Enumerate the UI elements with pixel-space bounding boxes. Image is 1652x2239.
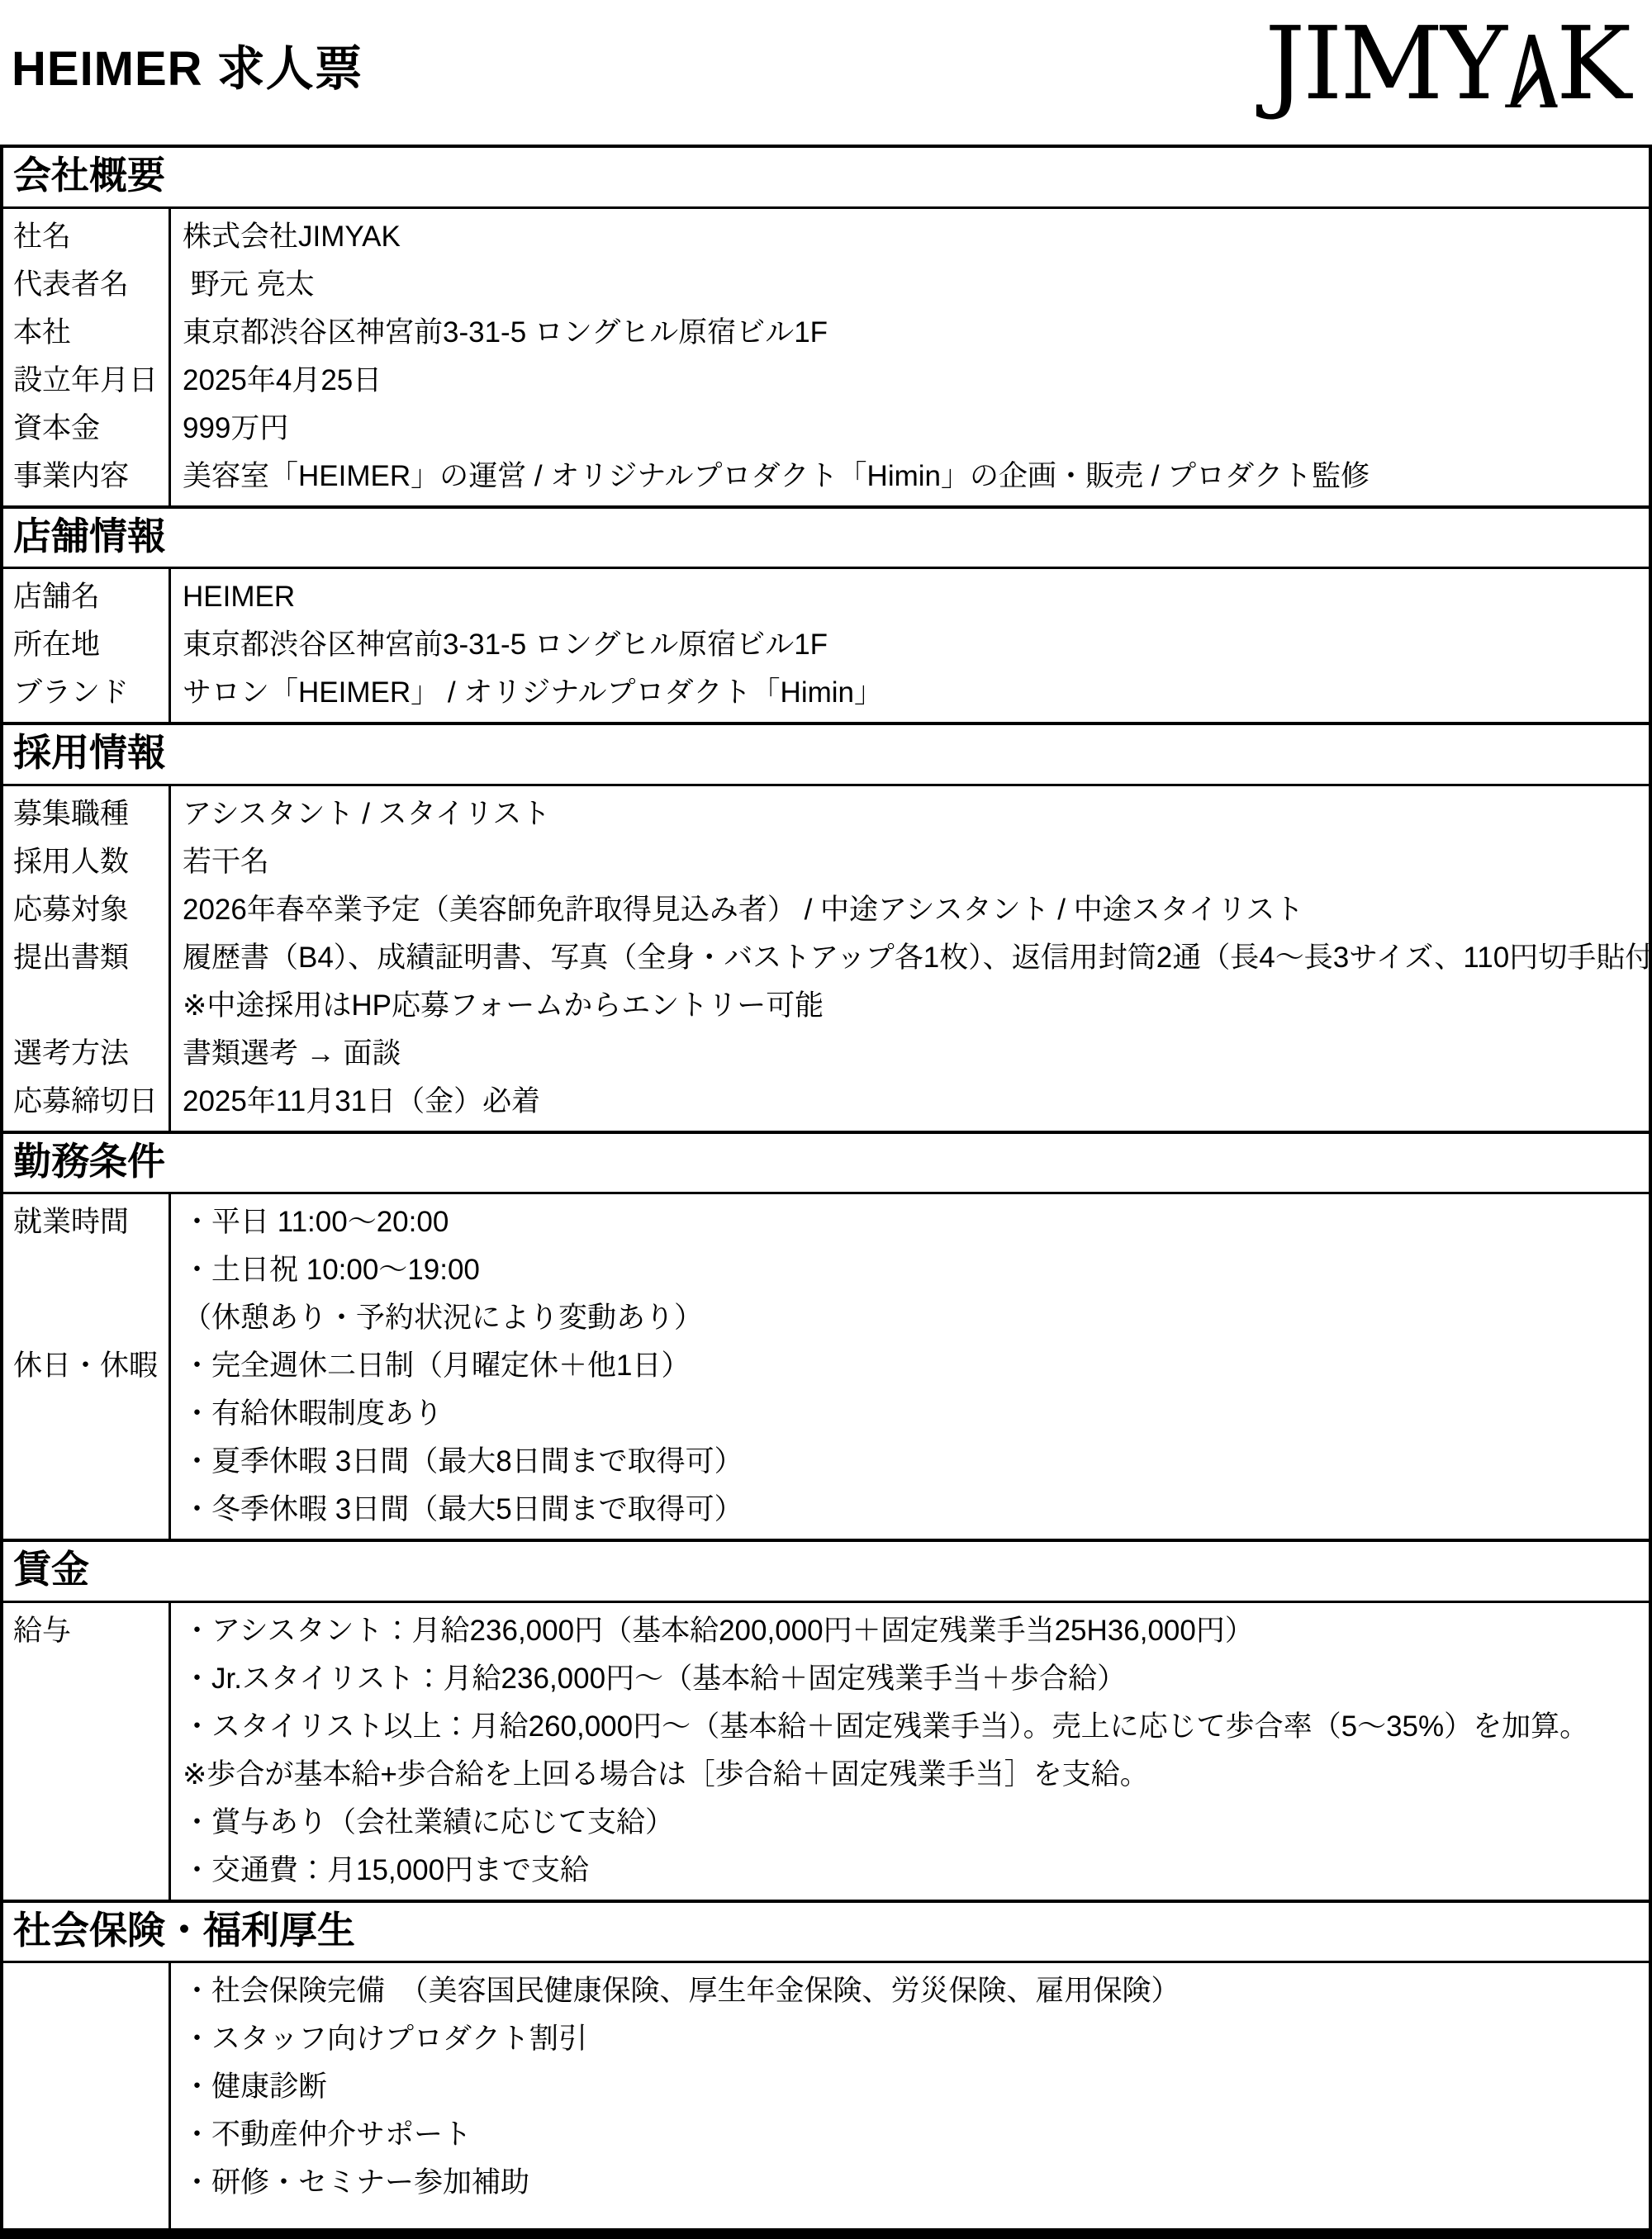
table-row: 資本金 999万円 — [3, 405, 1649, 453]
section-body: ・社会保険完備 （美容国民健康保険、厚生年金保険、労災保険、雇用保険） ・スタッ… — [3, 1963, 1649, 2228]
field-value: ・社会保険完備 （美容国民健康保険、厚生年金保険、労災保険、雇用保険） ・スタッ… — [169, 1967, 1649, 2207]
section-body: 給与 ・アシスタント：月給236,000円（基本給200,000円＋固定残業手当… — [3, 1603, 1649, 1900]
field-value-line: 東京都渋谷区神宮前3-31-5 ロングヒル原宿ビル1F — [183, 621, 1649, 669]
table-row: 代表者名 野元 亮太 — [3, 261, 1649, 309]
field-label: 提出書類 — [3, 934, 169, 1030]
page-title: HEIMER 求人票 — [12, 8, 363, 99]
table-row: 応募対象 2026年春卒業予定（美容師免許取得見込み者） / 中途アシスタント … — [3, 886, 1649, 934]
field-value: 若干名 — [169, 838, 1649, 886]
section-company-overview: 会社概要 社名 株式会社JIMYAK 代表者名 野元 亮太 本社 東京都渋谷区神… — [3, 148, 1649, 505]
field-label: 代表者名 — [3, 261, 169, 309]
field-value-line: ※中途採用はHP応募フォームからエントリー可能 — [183, 982, 1649, 1030]
field-label — [3, 1967, 169, 2207]
table-row: 設立年月日 2025年4月25日 — [3, 357, 1649, 405]
section-heading: 採用情報 — [3, 725, 1649, 786]
field-label: 資本金 — [3, 405, 169, 453]
field-label: 事業内容 — [3, 453, 169, 500]
field-label: 応募締切日 — [3, 1078, 169, 1126]
field-value: 美容室「HEIMER」の運営 / オリジナルプロダクト「Himin」の企画・販売… — [169, 453, 1649, 500]
field-label: 応募対象 — [3, 886, 169, 934]
field-value: 2025年11月31日（金）必着 — [169, 1078, 1649, 1126]
field-value-line: ・健康診断 — [183, 2063, 1649, 2111]
table-row: 事業内容 美容室「HEIMER」の運営 / オリジナルプロダクト「Himin」の… — [3, 453, 1649, 500]
field-value-line: サロン「HEIMER」 / オリジナルプロダクト「Himin」 — [183, 669, 1649, 717]
section-heading: 会社概要 — [3, 148, 1649, 209]
field-value-line: 野元 亮太 — [183, 261, 1649, 309]
field-label: 採用人数 — [3, 838, 169, 886]
section-recruit-info: 採用情報 募集職種 アシスタント / スタイリスト 採用人数 若干名 応募対象 … — [3, 722, 1649, 1131]
table-row: 応募締切日 2025年11月31日（金）必着 — [3, 1078, 1649, 1126]
field-value-line: ・Jr.スタイリスト：月給236,000円〜（基本給＋固定残業手当＋歩合給） — [183, 1655, 1649, 1703]
field-value: 東京都渋谷区神宮前3-31-5 ロングヒル原宿ビル1F — [169, 309, 1649, 357]
section-heading: 店舗情報 — [3, 509, 1649, 570]
field-value: ・完全週休二日制（月曜定休＋他1日） ・有給休暇制度あり ・夏季休暇 3日間（最… — [169, 1342, 1649, 1534]
table-row: 選考方法 書類選考 → 面談 — [3, 1030, 1649, 1078]
field-label: 募集職種 — [3, 790, 169, 838]
field-label: 休日・休暇 — [3, 1342, 169, 1534]
field-label: 社名 — [3, 213, 169, 261]
field-value: 履歴書（B4）、成績証明書、写真（全身・バストアップ各1枚）、返信用封筒2通（長… — [169, 934, 1649, 1030]
field-value: 書類選考 → 面談 — [169, 1030, 1649, 1078]
logo-letter-a-icon — [1503, 35, 1558, 107]
table-row: ブランド サロン「HEIMER」 / オリジナルプロダクト「Himin」 — [3, 669, 1649, 717]
field-value-line: 2026年春卒業予定（美容師免許取得見込み者） / 中途アシスタント / 中途ス… — [183, 886, 1649, 934]
field-label: 選考方法 — [3, 1030, 169, 1078]
section-heading: 勤務条件 — [3, 1134, 1649, 1195]
section-insurance-benefits: 社会保険・福利厚生 ・社会保険完備 （美容国民健康保険、厚生年金保険、労災保険、… — [3, 1900, 1649, 2229]
field-value-line: ・平日 11:00〜20:00 — [183, 1198, 1649, 1246]
table-row: 社名 株式会社JIMYAK — [3, 213, 1649, 261]
field-value-line: ・交通費：月15,000円まで支給 — [183, 1847, 1649, 1895]
field-value-line: 999万円 — [183, 405, 1649, 453]
field-value-line: ・スタイリスト以上：月給260,000円〜（基本給＋固定残業手当）。売上に応じて… — [183, 1703, 1649, 1751]
field-value-line: ※歩合が基本給+歩合給を上回る場合は［歩合給＋固定残業手当］を支給。 — [183, 1751, 1649, 1799]
field-label: 給与 — [3, 1607, 169, 1895]
field-value-line: ・冬季休暇 3日間（最大5日間まで取得可） — [183, 1486, 1649, 1534]
section-heading: 社会保険・福利厚生 — [3, 1903, 1649, 1964]
table-row: 提出書類 履歴書（B4）、成績証明書、写真（全身・バストアップ各1枚）、返信用封… — [3, 934, 1649, 1030]
table-row: ・社会保険完備 （美容国民健康保険、厚生年金保険、労災保険、雇用保険） ・スタッ… — [3, 1967, 1649, 2207]
field-value: 東京都渋谷区神宮前3-31-5 ロングヒル原宿ビル1F — [169, 621, 1649, 669]
field-value-line: アシスタント / スタイリスト — [183, 790, 1649, 838]
section-wages: 賃金 給与 ・アシスタント：月給236,000円（基本給200,000円＋固定残… — [3, 1539, 1649, 1900]
section-body: 就業時間 ・平日 11:00〜20:00 ・土日祝 10:00〜19:00 （休… — [3, 1194, 1649, 1539]
field-value: アシスタント / スタイリスト — [169, 790, 1649, 838]
field-value-line: 株式会社JIMYAK — [183, 213, 1649, 261]
field-value: 野元 亮太 — [169, 261, 1649, 309]
field-value-line: HEIMER — [183, 573, 1649, 621]
job-posting-document: { "page": { "title": "HEIMER 求人票", "logo… — [0, 0, 1652, 2239]
field-value-line: ・不動産仲介サポート — [183, 2111, 1649, 2159]
field-label: 店舗名 — [3, 573, 169, 621]
table-row: 店舗名 HEIMER — [3, 573, 1649, 621]
field-value: HEIMER — [169, 573, 1649, 621]
field-value-line: ・アシスタント：月給236,000円（基本給200,000円＋固定残業手当25H… — [183, 1607, 1649, 1655]
field-value: ・アシスタント：月給236,000円（基本給200,000円＋固定残業手当25H… — [169, 1607, 1649, 1895]
field-label: 所在地 — [3, 621, 169, 669]
field-value-line: ・土日祝 10:00〜19:00 — [183, 1246, 1649, 1294]
job-posting-table: 会社概要 社名 株式会社JIMYAK 代表者名 野元 亮太 本社 東京都渋谷区神… — [0, 145, 1652, 2239]
section-body: 店舗名 HEIMER 所在地 東京都渋谷区神宮前3-31-5 ロングヒル原宿ビル… — [3, 569, 1649, 722]
table-row: 本社 東京都渋谷区神宮前3-31-5 ロングヒル原宿ビル1F — [3, 309, 1649, 357]
brand-logo: JIMY K — [1265, 8, 1634, 119]
field-label: 設立年月日 — [3, 357, 169, 405]
field-value-line: （休憩あり・予約状況により変動あり） — [183, 1294, 1649, 1342]
field-value-line: ・スタッフ向けプロダクト割引 — [183, 2015, 1649, 2063]
field-value-line: 2025年11月31日（金）必着 — [183, 1078, 1649, 1126]
field-value: 2026年春卒業予定（美容師免許取得見込み者） / 中途アシスタント / 中途ス… — [169, 886, 1649, 934]
section-work-conditions: 勤務条件 就業時間 ・平日 11:00〜20:00 ・土日祝 10:00〜19:… — [3, 1131, 1649, 1539]
field-value: 株式会社JIMYAK — [169, 213, 1649, 261]
field-value-line: 東京都渋谷区神宮前3-31-5 ロングヒル原宿ビル1F — [183, 309, 1649, 357]
field-value-line: ・夏季休暇 3日間（最大8日間まで取得可） — [183, 1438, 1649, 1486]
table-row: 所在地 東京都渋谷区神宮前3-31-5 ロングヒル原宿ビル1F — [3, 621, 1649, 669]
logo-text-pre: JIMY — [1265, 8, 1505, 119]
section-store-info: 店舗情報 店舗名 HEIMER 所在地 東京都渋谷区神宮前3-31-5 ロングヒ… — [3, 505, 1649, 723]
field-label: ブランド — [3, 669, 169, 717]
field-value: 999万円 — [169, 405, 1649, 453]
table-row: 休日・休暇 ・完全週休二日制（月曜定休＋他1日） ・有給休暇制度あり ・夏季休暇… — [3, 1342, 1649, 1534]
field-label: 就業時間 — [3, 1198, 169, 1342]
page-header: HEIMER 求人票 JIMY K — [0, 0, 1652, 145]
field-value-line: 若干名 — [183, 838, 1649, 886]
table-row: 募集職種 アシスタント / スタイリスト — [3, 790, 1649, 838]
field-value-line: ・賞与あり（会社業績に応じて支給） — [183, 1799, 1649, 1847]
section-body: 社名 株式会社JIMYAK 代表者名 野元 亮太 本社 東京都渋谷区神宮前3-3… — [3, 209, 1649, 505]
field-value-line: 美容室「HEIMER」の運営 / オリジナルプロダクト「Himin」の企画・販売… — [183, 453, 1649, 500]
section-heading: 賃金 — [3, 1542, 1649, 1603]
section-body: 募集職種 アシスタント / スタイリスト 採用人数 若干名 応募対象 2026年… — [3, 786, 1649, 1131]
field-value: ・平日 11:00〜20:00 ・土日祝 10:00〜19:00 （休憩あり・予… — [169, 1198, 1649, 1342]
field-value-line: ・研修・セミナー参加補助 — [183, 2159, 1649, 2207]
field-value-line: ・完全週休二日制（月曜定休＋他1日） — [183, 1342, 1649, 1390]
logo-text-post: K — [1556, 8, 1629, 119]
table-row: 給与 ・アシスタント：月給236,000円（基本給200,000円＋固定残業手当… — [3, 1607, 1649, 1895]
field-value-line: 履歴書（B4）、成績証明書、写真（全身・バストアップ各1枚）、返信用封筒2通（長… — [183, 934, 1649, 982]
table-row: 就業時間 ・平日 11:00〜20:00 ・土日祝 10:00〜19:00 （休… — [3, 1198, 1649, 1342]
field-value-line: ・社会保険完備 （美容国民健康保険、厚生年金保険、労災保険、雇用保険） — [183, 1967, 1649, 2015]
field-value: サロン「HEIMER」 / オリジナルプロダクト「Himin」 — [169, 669, 1649, 717]
field-value-line: 2025年4月25日 — [183, 357, 1649, 405]
field-value-line: ・有給休暇制度あり — [183, 1390, 1649, 1438]
field-label: 本社 — [3, 309, 169, 357]
field-value-line: 書類選考 → 面談 — [183, 1030, 1649, 1078]
table-row: 採用人数 若干名 — [3, 838, 1649, 886]
field-value: 2025年4月25日 — [169, 357, 1649, 405]
